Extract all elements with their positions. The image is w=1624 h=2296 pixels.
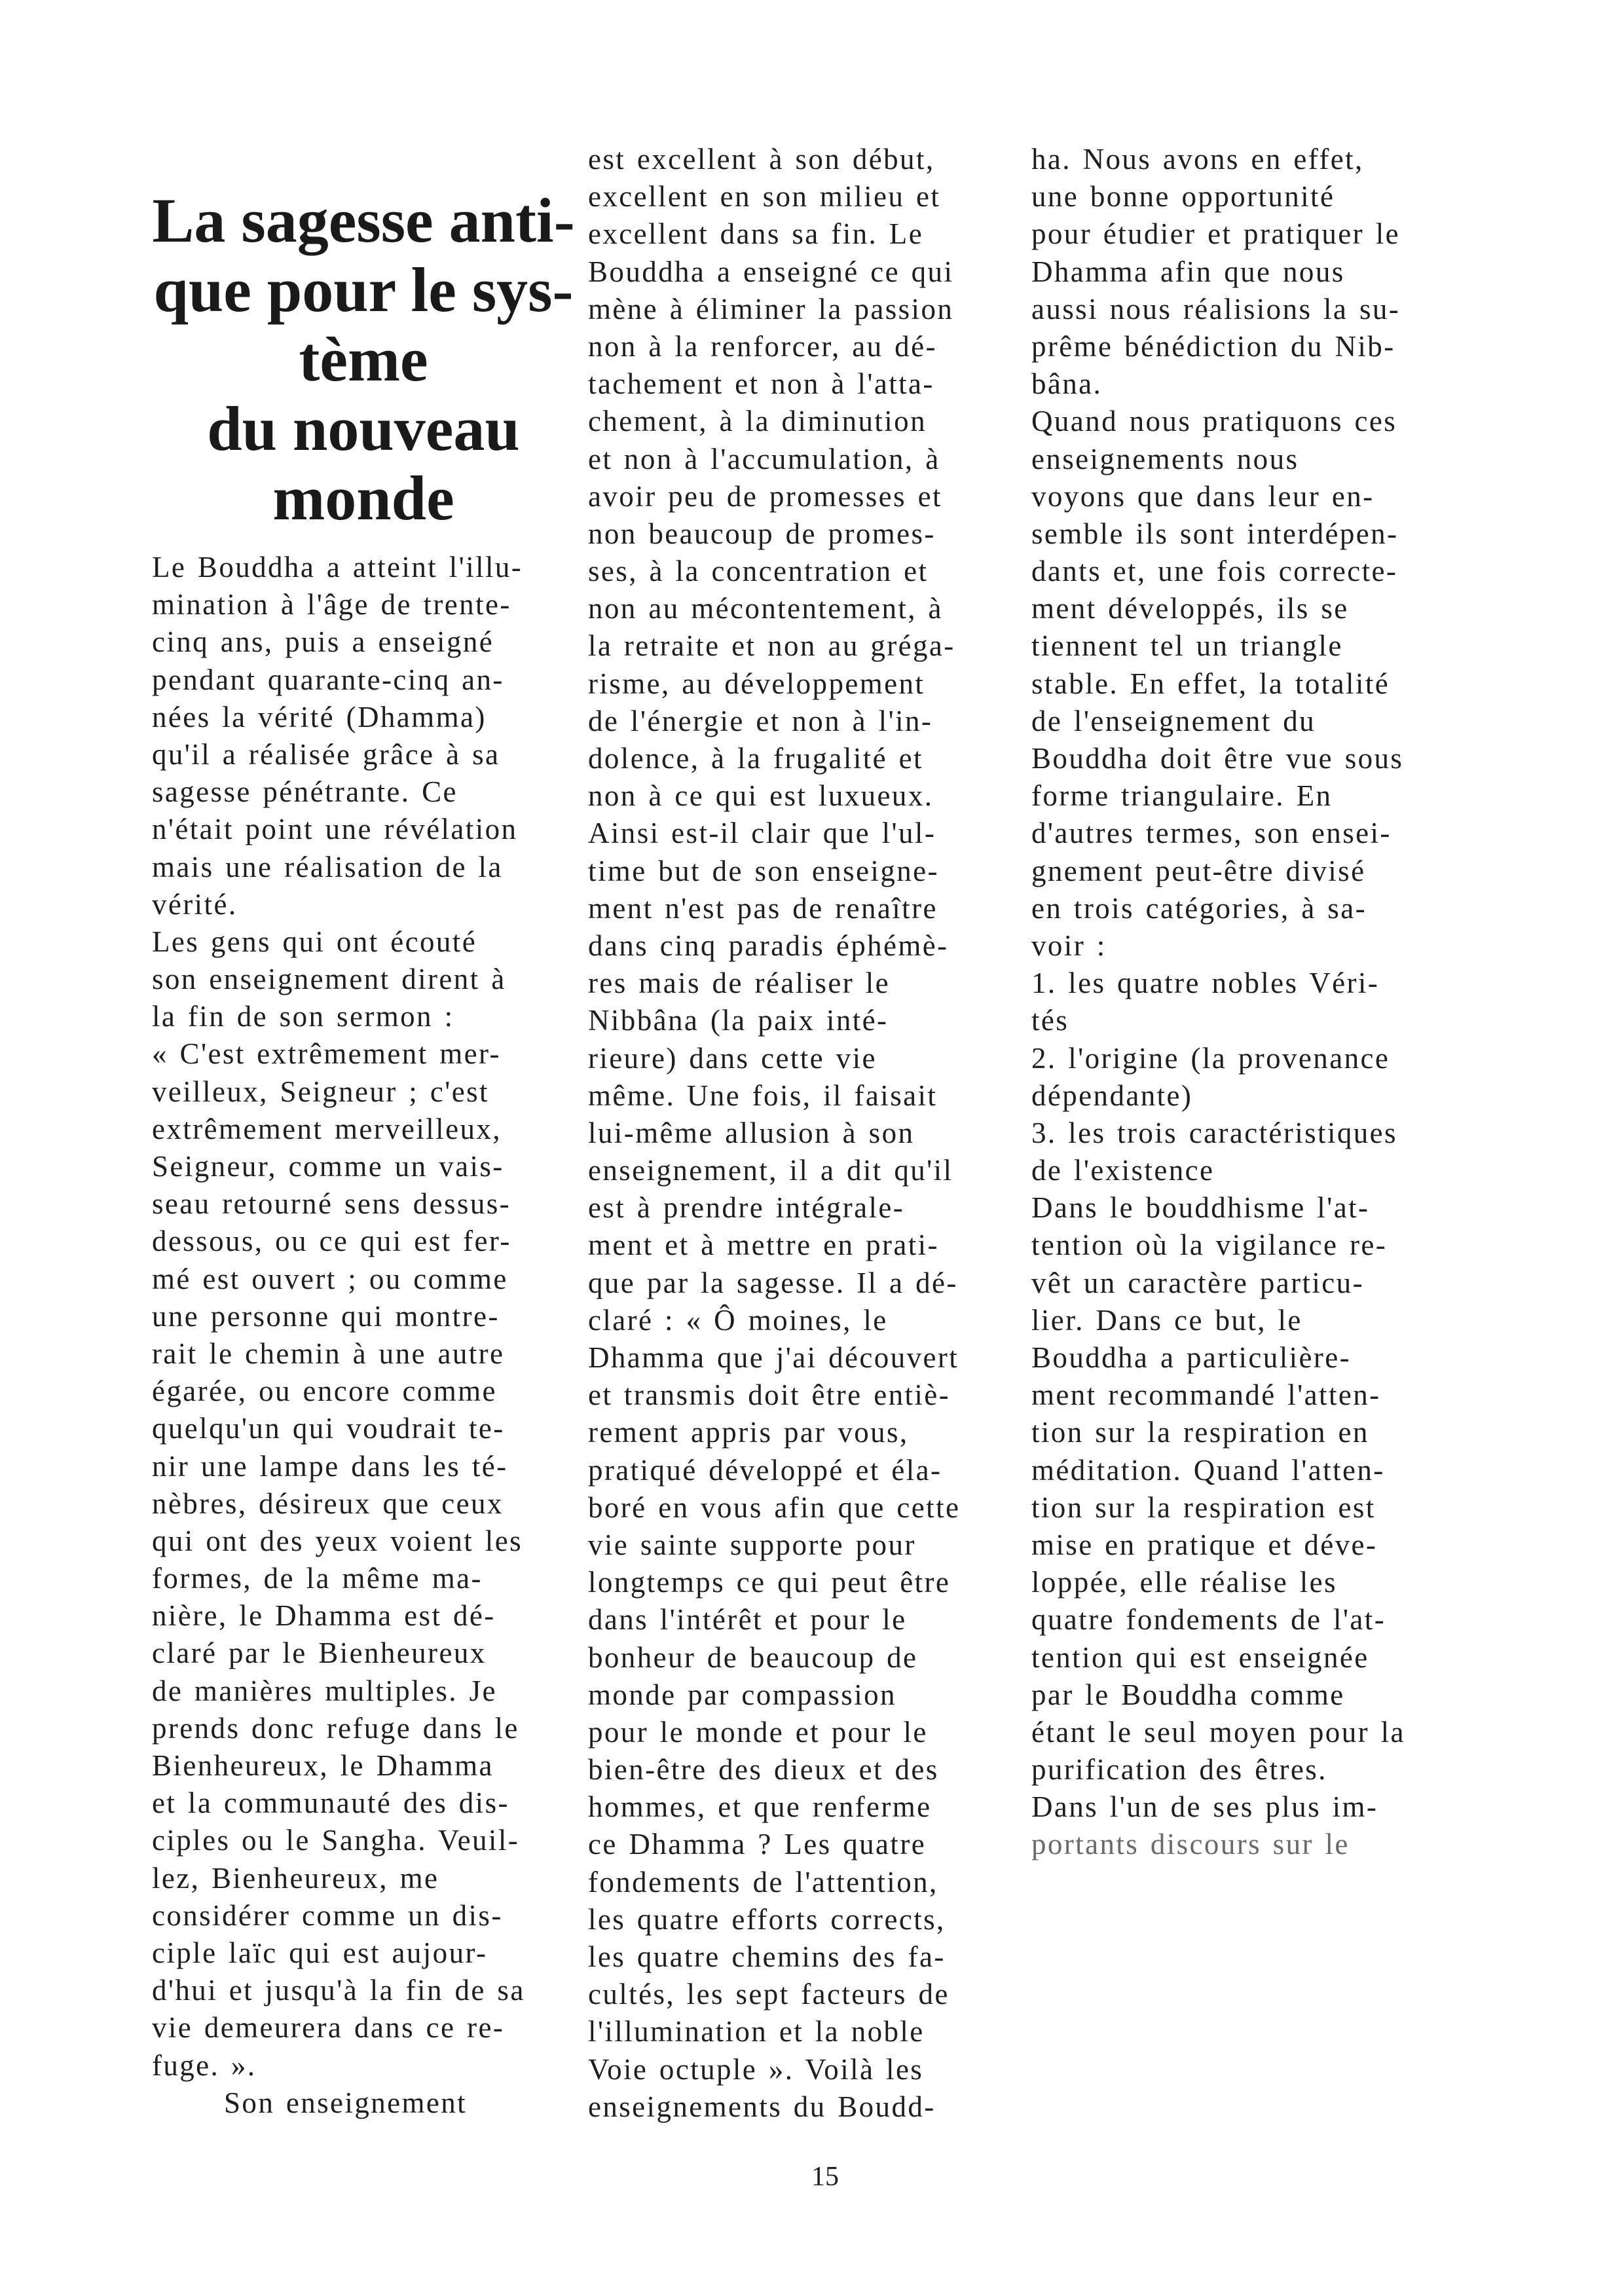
text-line: tiennent tel un triangle [1031,627,1405,665]
text-line: 2. l'origine (la provenance [1031,1040,1405,1077]
text-line: fuge. ». [152,2047,525,2084]
text-line: Quand nous pratiquons ces [1031,403,1405,440]
text-line: excellent dans sa fin. Le [588,215,960,253]
text-line: dans l'intérêt et pour le [588,1601,960,1639]
text-line: Dans le bouddhisme l'at- [1031,1189,1405,1227]
title-line: monde [151,464,576,533]
text-line: lier. Dans ce but, le [1031,1302,1405,1339]
text-line: non au mécontentement, à [588,590,960,627]
text-line: voyons que dans leur en- [1031,478,1405,515]
text-line: time but de son enseigne- [588,853,960,890]
text-line: Voie octuple ». Voilà les [588,2051,960,2088]
text-line: tachement et non à l'atta- [588,365,960,403]
text-line: Ainsi est-il clair que l'ul- [588,815,960,852]
text-line: dessous, ou ce qui est fer- [152,1223,525,1260]
text-line: égarée, ou encore comme [152,1373,525,1410]
text-line: par le Bouddha comme [1031,1676,1405,1714]
text-line: d'autres termes, son ensei- [1031,815,1405,852]
text-line: excellent en son milieu et [588,178,960,215]
text-line: non à ce qui est luxueux. [588,777,960,815]
text-line: fondements de l'attention, [588,1864,960,1901]
text-line: et transmis doit être entiè- [588,1377,960,1414]
text-line: bâna. [1031,365,1405,403]
text-line: qui ont des yeux voient les [152,1523,525,1560]
text-line: veilleux, Seigneur ; c'est [152,1073,525,1111]
text-line: vêt un caractère particu- [1031,1265,1405,1302]
text-line: ha. Nous avons en effet, [1031,141,1405,178]
text-line: cinq ans, puis a enseigné [152,623,525,661]
text-line: de l'énergie et non à l'in- [588,703,960,740]
text-line: enseignements nous [1031,441,1405,478]
text-line: ce Dhamma ? Les quatre [588,1826,960,1863]
text-line: lez, Bienheureux, me [152,1860,525,1897]
text-line: la retraite et non au gréga- [588,627,960,665]
text-line: dants et, une fois correcte- [1031,553,1405,590]
text-line: vie demeurera dans ce re- [152,2009,525,2046]
text-line: mène à éliminer la passion [588,291,960,328]
text-line: ment n'est pas de renaître [588,890,960,927]
text-line: non beaucoup de promes- [588,515,960,553]
text-line: Nibbâna (la paix inté- [588,1002,960,1039]
text-line: rement appris par vous, [588,1414,960,1451]
text-line: prême bénédiction du Nib- [1031,328,1405,365]
text-line: les quatre chemins des fa- [588,1938,960,1976]
text-line: considérer comme un dis- [152,1897,525,1935]
text-line: pratiqué développé et éla- [588,1452,960,1489]
text-line: Le Bouddha a atteint l'illu- [152,549,525,586]
text-line: de l'existence [1031,1152,1405,1189]
text-line: étant le seul moyen pour la [1031,1714,1405,1751]
text-line: mé est ouvert ; ou comme [152,1261,525,1298]
title-line: La sagesse anti- [151,186,576,255]
text-line: de l'enseignement du [1031,703,1405,740]
text-line: bien-être des dieux et des [588,1751,960,1788]
text-line: avoir peu de promesses et [588,478,960,515]
text-line: semble ils sont interdépen- [1031,515,1405,553]
text-line: Bouddha doit être vue sous [1031,740,1405,777]
text-line: et la communauté des dis- [152,1785,525,1822]
text-line: extrêmement merveilleux, [152,1111,525,1148]
text-line: « C'est extrêmement mer- [152,1035,525,1073]
text-line: est excellent à son début, [588,141,960,178]
text-line: pendant quarante-cinq an- [152,661,525,699]
text-line: nèbres, désireux que ceux [152,1485,525,1523]
text-line: purification des êtres. [1031,1751,1405,1788]
text-line: une bonne opportunité [1031,178,1405,215]
text-line: voir : [1031,927,1405,965]
text-line: gnement peut-être divisé [1031,853,1405,890]
text-line: dans cinq paradis éphémè- [588,927,960,965]
text-line: en trois catégories, à sa- [1031,890,1405,927]
text-line: Les gens qui ont écouté [152,923,525,961]
text-line: rieure) dans cette vie [588,1040,960,1077]
text-line: mais une réalisation de la [152,849,525,886]
text-line: non à la renforcer, au dé- [588,328,960,365]
text-column-middle: est excellent à son début,excellent en s… [588,141,960,2126]
text-line: dépendante) [1031,1077,1405,1115]
title-line: que pour le sys- [151,255,576,325]
text-line: hommes, et que renferme [588,1788,960,1826]
text-line: même. Une fois, il faisait [588,1077,960,1115]
article-title: La sagesse anti- que pour le sys- tème d… [151,186,576,533]
text-line: ciples ou le Sangha. Veuil- [152,1822,525,1859]
text-line: Dans l'un de ses plus im- [1031,1788,1405,1826]
text-line: Bienheureux, le Dhamma [152,1747,525,1785]
text-line: forme triangulaire. En [1031,777,1405,815]
text-line: boré en vous afin que cette [588,1489,960,1527]
text-column-left: Le Bouddha a atteint l'illu-mination à l… [152,549,525,2122]
text-line: l'illumination et la noble [588,2013,960,2050]
text-line: tention où la vigilance re- [1031,1227,1405,1264]
text-line: nir une lampe dans les té- [152,1448,525,1485]
text-column-right: ha. Nous avons en effet,une bonne opport… [1031,141,1405,1864]
text-line: claré : « Ô moines, le [588,1302,960,1339]
text-line: ment développés, ils se [1031,590,1405,627]
text-line: Dhamma afin que nous [1031,253,1405,291]
text-line: claré par le Bienheureux [152,1635,525,1672]
text-line: enseignements du Boudd- [588,2088,960,2126]
text-line: quelqu'un qui voudrait te- [152,1410,525,1447]
text-line: dolence, à la frugalité et [588,740,960,777]
text-line: Seigneur, comme un vais- [152,1148,525,1185]
text-line: mination à l'âge de trente- [152,586,525,623]
text-line: enseignement, il a dit qu'il [588,1152,960,1189]
text-line: portants discours sur le [1031,1826,1405,1863]
text-line: vie sainte supporte pour [588,1527,960,1564]
text-line: les quatre efforts corrects, [588,1901,960,1938]
text-line: prends donc refuge dans le [152,1710,525,1747]
text-line: de manières multiples. Je [152,1673,525,1710]
text-line: quatre fondements de l'at- [1031,1601,1405,1639]
text-line: vérité. [152,886,525,923]
text-line: stable. En effet, la totalité [1031,665,1405,703]
text-line: lui-même allusion à son [588,1115,960,1152]
text-line: 1. les quatre nobles Véri- [1031,965,1405,1002]
text-line: mise en pratique et déve- [1031,1527,1405,1564]
text-line: pour étudier et pratiquer le [1031,215,1405,253]
text-line: res mais de réaliser le [588,965,960,1002]
text-line: ment et à mettre en prati- [588,1227,960,1264]
text-line: rait le chemin à une autre [152,1335,525,1373]
text-line: une personne qui montre- [152,1298,525,1335]
text-line: que par la sagesse. Il a dé- [588,1265,960,1302]
text-line: nière, le Dhamma est dé- [152,1597,525,1635]
text-line: qu'il a réalisée grâce à sa [152,736,525,773]
text-line: chement, à la diminution [588,403,960,440]
text-line: Son enseignement [152,2084,525,2122]
text-line: méditation. Quand l'atten- [1031,1452,1405,1489]
title-line: tème [151,325,576,394]
title-line: du nouveau [151,394,576,464]
text-line: son enseignement dirent à [152,961,525,998]
text-line: aussi nous réalisions la su- [1031,291,1405,328]
text-line: Bouddha a particulière- [1031,1339,1405,1377]
text-line: seau retourné sens dessus- [152,1185,525,1223]
text-line: Bouddha a enseigné ce qui [588,253,960,291]
text-line: sagesse pénétrante. Ce [152,773,525,811]
page-number: 15 [799,2161,851,2193]
text-line: monde par compassion [588,1676,960,1714]
text-line: loppée, elle réalise les [1031,1564,1405,1601]
text-line: risme, au développement [588,665,960,703]
text-line: ses, à la concentration et [588,553,960,590]
text-line: d'hui et jusqu'à la fin de sa [152,1972,525,2009]
text-line: et non à l'accumulation, à [588,441,960,478]
text-line: ciple laïc qui est aujour- [152,1935,525,1972]
text-line: Dhamma que j'ai découvert [588,1339,960,1377]
text-line: cultés, les sept facteurs de [588,1976,960,2013]
text-line: la fin de son sermon : [152,998,525,1035]
text-line: nées la vérité (Dhamma) [152,699,525,736]
text-line: tion sur la respiration en [1031,1414,1405,1451]
text-line: ment recommandé l'atten- [1031,1377,1405,1414]
text-line: tion sur la respiration est [1031,1489,1405,1527]
text-line: tention qui est enseignée [1031,1639,1405,1676]
text-line: tés [1031,1002,1405,1039]
text-line: bonheur de beaucoup de [588,1639,960,1676]
text-line: 3. les trois caractéristiques [1031,1115,1405,1152]
text-line: formes, de la même ma- [152,1560,525,1597]
text-line: est à prendre intégrale- [588,1189,960,1227]
text-line: pour le monde et pour le [588,1714,960,1751]
text-line: n'était point une révélation [152,811,525,848]
text-line: longtemps ce qui peut être [588,1564,960,1601]
